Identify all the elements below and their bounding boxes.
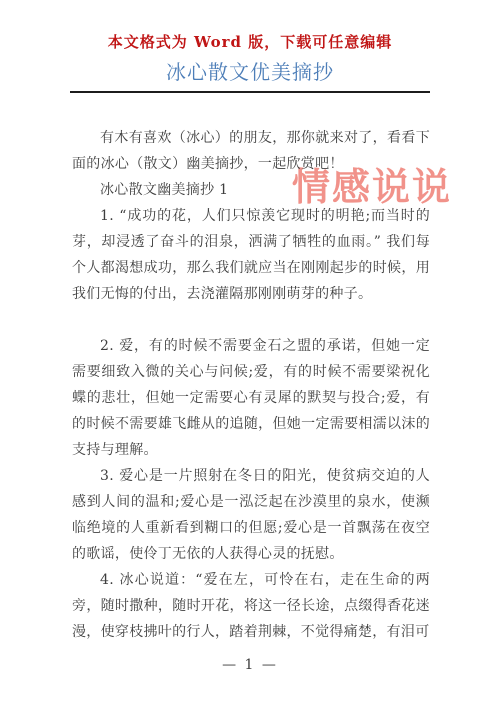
title-divider (70, 91, 430, 93)
paragraph: 有木有喜欢（冰心）的朋友，那你就来对了，看看下面的冰心（散文）幽美摘抄，一起欣赏… (72, 125, 430, 177)
paragraph: 3. 爱心是一片照射在冬日的阳光，使贫病交迫的人感到人间的温和;爱心是一泓泛起在… (72, 463, 430, 567)
paragraph-spacer (72, 307, 430, 333)
document-header: 本文格式为 Word 版，下载可任意编辑 冰心散文优美摘抄 (0, 0, 500, 93)
format-notice: 本文格式为 Word 版，下载可任意编辑 (0, 32, 500, 52)
paragraph: 冰心散文幽美摘抄 1 (72, 177, 430, 203)
document-body: 有木有喜欢（冰心）的朋友，那你就来对了，看看下面的冰心（散文）幽美摘抄，一起欣赏… (0, 125, 500, 645)
page-number: — 1 — (0, 657, 500, 673)
document-page: 情感说说 本文格式为 Word 版，下载可任意编辑 冰心散文优美摘抄 有木有喜欢… (0, 0, 500, 707)
page-title: 冰心散文优美摘抄 (0, 59, 500, 86)
paragraph: 4. 冰心说道：“爱在左，可怜在右，走在生命的两旁，随时撒种，随时开花，将这一径… (72, 567, 430, 645)
paragraph: 2. 爱，有的时候不需要金石之盟的承诺，但她一定需要细致入微的关心与问候;爱，有… (72, 333, 430, 463)
paragraph: 1. “成功的花，人们只惊羡它现时的明艳;而当时的芽，却浸透了奋斗的泪泉，洒满了… (72, 203, 430, 307)
